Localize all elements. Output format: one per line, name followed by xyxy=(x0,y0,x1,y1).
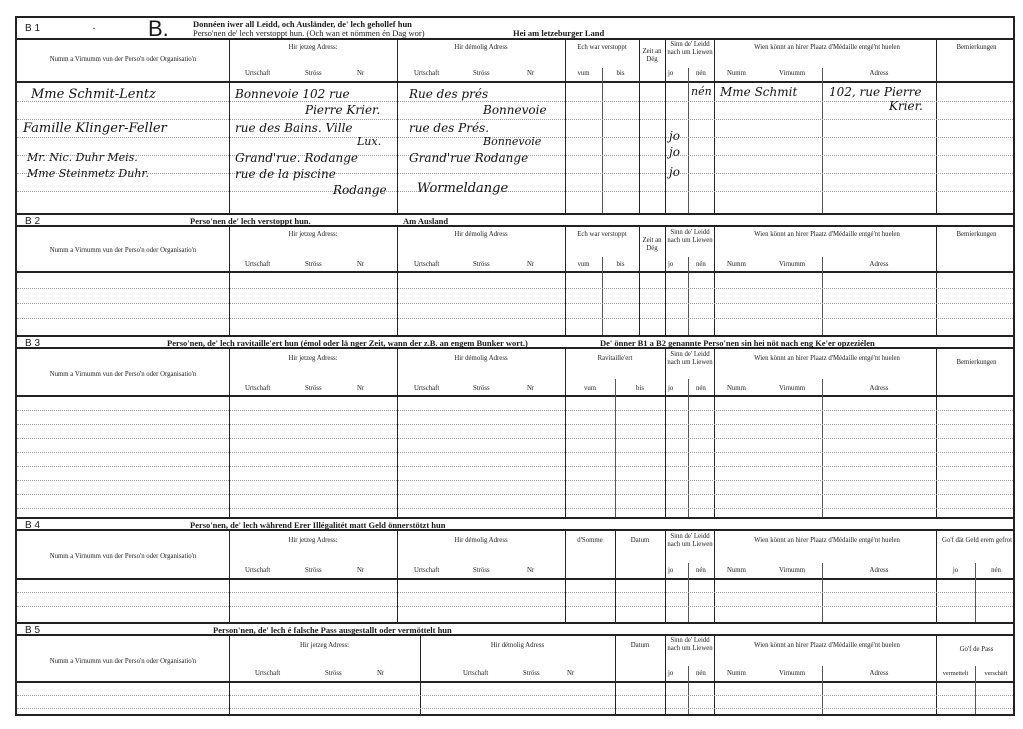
header-place: Urtschaft xyxy=(245,385,270,393)
header-place: Urtschaft xyxy=(245,261,270,269)
entry-current-address: rue des Bains. Ville xyxy=(235,121,353,135)
entry-current-address-2: Pierre Krier. xyxy=(305,103,380,117)
header-no: nén xyxy=(696,670,706,678)
header-date: Datum xyxy=(615,537,665,545)
header-street: Ströss xyxy=(305,385,322,393)
header-firstname: Virnumm xyxy=(779,670,805,678)
section-b1-title-suffix: Hei am letzeburger Land xyxy=(513,28,604,38)
header-place: Urtschaft xyxy=(245,567,270,575)
header-alive: Sinn de' Leidd nach um Liewen xyxy=(667,351,713,367)
header-name: Numm a Virnumm vun der Perso'n oder Orga… xyxy=(17,553,229,561)
section-b3-title-suffix: De' önner B1 a B2 genannte Perso'nen sin… xyxy=(600,338,875,348)
header-no: nén xyxy=(975,567,1017,575)
header-yes: jo xyxy=(668,261,673,269)
header-surname: Numm xyxy=(727,670,746,678)
header-from: vum xyxy=(565,70,602,78)
header-place: Urtschaft xyxy=(245,70,270,78)
section-b1-body: Mme Schmit-Lentz Famille Klinger-Feller … xyxy=(17,83,1013,213)
section-b3-title: Perso'nen, de' lech ravitaille'ert hun (… xyxy=(167,338,528,348)
header-number: Nr xyxy=(357,261,364,269)
header-to: bis xyxy=(602,261,639,269)
header-street: Ströss xyxy=(305,261,322,269)
header-number: Nr xyxy=(357,70,364,78)
entry-current-address: Bonnevoie 102 rue xyxy=(235,87,350,101)
header-no: nén xyxy=(696,70,706,78)
section-b5-id: B 5 xyxy=(25,625,40,636)
header-surname: Numm xyxy=(727,385,746,393)
header-number: Nr xyxy=(357,567,364,575)
entry-alive: nén xyxy=(691,85,712,98)
entry-current-address: rue de la piscine xyxy=(235,167,336,181)
header-name: Numm a Virnumm vun der Perso'n oder Orga… xyxy=(17,371,229,379)
entry-former-address-2: Bonnevoie xyxy=(483,103,547,117)
header-no: nén xyxy=(696,261,706,269)
header-medal: Wien könnt an hirer Plaatz d'Médaille en… xyxy=(737,537,917,545)
entry-alive: jo xyxy=(669,129,680,143)
header-yes: jo xyxy=(668,70,673,78)
entry-name: Mr. Nic. Duhr Meis. xyxy=(27,151,138,164)
section-b2-header: Numm a Virnumm vun der Perso'n oder Orga… xyxy=(17,227,1013,273)
form-letter: B. xyxy=(148,16,169,42)
entry-current-address: Grand'rue. Rodange xyxy=(235,151,358,165)
header-current-address: Hir jetzeg Adress: xyxy=(229,537,397,545)
section-b4-id: B 4 xyxy=(25,520,40,531)
header-former-address: Hir démolig Adress xyxy=(397,537,565,545)
section-b3-bar: B 3 Perso'nen, de' lech ravitaille'ert h… xyxy=(17,335,1013,349)
header-address: Adress xyxy=(822,670,936,678)
section-b5-title: Person'nen, de' lech é falsche Pass ausg… xyxy=(213,625,452,635)
entry-former-address: Grand'rue Rodange xyxy=(409,151,528,165)
header-number: Nr xyxy=(527,261,534,269)
header-former-address: Hir démolig Adress xyxy=(397,231,565,239)
header-number: Nr xyxy=(357,385,364,393)
header-alive: Sinn de' Leidd nach um Liewen xyxy=(667,533,713,549)
header-no: nén xyxy=(696,567,706,575)
entry-name: Mme Steinmetz Duhr. xyxy=(27,167,149,180)
header-address: Adress xyxy=(822,261,936,269)
header-former-address: Hir démolig Adress xyxy=(397,355,565,363)
header-firstname: Virnumm xyxy=(779,70,805,78)
entry-current-address-2: Lux. xyxy=(357,135,381,148)
header-street: Ströss xyxy=(473,385,490,393)
header-firstname: Virnumm xyxy=(779,261,805,269)
header-firstname: Virnumm xyxy=(779,385,805,393)
header-yes: jo xyxy=(668,567,673,575)
header-yes: jo xyxy=(668,385,673,393)
header-no: nén xyxy=(696,385,706,393)
entry-former-address: rue des Prés. xyxy=(409,121,489,135)
header-to: bis xyxy=(602,70,639,78)
entry-former-address: Rue des prés xyxy=(409,87,488,101)
header-alive: Sinn de' Leidd nach um Liewen xyxy=(667,637,713,653)
header-current-address: Hir jetzeg Adress: xyxy=(229,231,397,239)
entry-current-address-2: Rodange xyxy=(333,183,387,197)
section-b2-body xyxy=(17,273,1013,335)
form-sheet: B 1 · B. Donnéen iwer all Leidd, och Aus… xyxy=(15,16,1015,716)
entry-name: Famille Klinger-Feller xyxy=(23,121,167,136)
header-surname: Numm xyxy=(727,261,746,269)
header-time-days: Zeit an Dég xyxy=(640,237,664,252)
header-street: Ströss xyxy=(305,70,322,78)
header-name: Numm a Virnumm vun der Perso'n oder Orga… xyxy=(17,247,229,255)
header-money-refund: Go'f dät Geld erem gefrot xyxy=(939,537,1015,545)
header-street: Ströss xyxy=(473,70,490,78)
entry-former-address-2: Bonnevoie xyxy=(483,135,541,148)
header-current-address: Hir jetzeg Adress: xyxy=(229,355,397,363)
header-time-days: Zeit an Dég xyxy=(640,48,664,63)
header-remarks: Bemierkungen xyxy=(936,44,1017,52)
header-medal: Wien könnt an hirer Plaatz d'Médaille en… xyxy=(737,231,917,239)
header-name: Numm a Virnumm vun der Perso'n oder Orga… xyxy=(17,658,229,666)
section-b3-id: B 3 xyxy=(25,338,40,349)
header-medal: Wien könnt an hirer Plaatz d'Médaille en… xyxy=(737,642,917,650)
section-b2-title-suffix: Am Ausland xyxy=(403,216,448,226)
entry-name: Mme Schmit-Lentz xyxy=(31,87,156,102)
header-street: Ströss xyxy=(523,670,540,678)
entry-medal-name: Mme Schmit xyxy=(720,85,797,99)
section-b4-title: Perso'nen, de' lech während Erer Illégal… xyxy=(190,520,445,530)
section-b5-header: Numm a Virnumm vun der Perso'n oder Orga… xyxy=(17,636,1013,683)
header-medal: Wien könnt an hirer Plaatz d'Médaille en… xyxy=(737,355,917,363)
header-place: Urtschaft xyxy=(414,261,439,269)
header-street: Ströss xyxy=(325,670,342,678)
header-former-address: Hir démolig Adress xyxy=(420,642,615,650)
header-mediated: vermettelt xyxy=(936,670,975,678)
header-alive: Sinn de' Leidd nach um Liewen xyxy=(667,229,713,245)
section-b1-bar: B 1 · B. Donnéen iwer all Leidd, och Aus… xyxy=(17,18,1013,40)
section-b2-bar: B 2 Perso'nen de' lech verstoppt hun. Am… xyxy=(17,213,1013,227)
header-former-address: Hir démolig Adress xyxy=(397,44,565,52)
header-current-address: Hir jetzeg Adress: xyxy=(229,642,420,650)
header-surname: Numm xyxy=(727,70,746,78)
header-place: Urtschaft xyxy=(255,670,280,678)
header-street: Ströss xyxy=(305,567,322,575)
header-procured: verschäft xyxy=(975,670,1017,678)
header-street: Ströss xyxy=(473,567,490,575)
header-firstname: Virnumm xyxy=(779,567,805,575)
header-number: Nr xyxy=(527,567,534,575)
header-place: Urtschaft xyxy=(414,567,439,575)
header-place: Urtschaft xyxy=(414,70,439,78)
header-number: Nr xyxy=(567,670,574,678)
section-b5-body xyxy=(17,683,1013,714)
entry-alive: jo xyxy=(669,145,680,159)
header-alive: Sinn de' Leidd nach um Liewen xyxy=(667,41,713,57)
section-b4-body xyxy=(17,580,1013,622)
header-remarks: Bemierkungen xyxy=(936,231,1017,239)
header-from: vum xyxy=(565,261,602,269)
section-b3-header: Numm a Virnumm vun der Perso'n oder Orga… xyxy=(17,349,1013,397)
section-b4-bar: B 4 Perso'nen, de' lech während Erer Ill… xyxy=(17,517,1013,531)
entry-medal-address: 102, rue Pierre xyxy=(829,85,922,99)
header-hidden: Ech war verstoppt xyxy=(565,231,639,239)
header-date: Datum xyxy=(615,642,665,650)
dot-mark: · xyxy=(92,21,96,36)
section-b1-header: Numm a Virnumm vun der Perso'n oder Orga… xyxy=(17,40,1013,83)
header-number: Nr xyxy=(377,670,384,678)
header-number: Nr xyxy=(527,385,534,393)
header-place: Urtschaft xyxy=(463,670,488,678)
header-current-address: Hir jetzeg Adress: xyxy=(229,44,397,52)
section-b3-body xyxy=(17,397,1013,517)
entry-medal-address-2: Krier. xyxy=(889,99,923,113)
header-from: vum xyxy=(565,385,615,393)
header-remarks: Bemierkungen xyxy=(936,359,1017,367)
header-street: Ströss xyxy=(473,261,490,269)
header-to: bis xyxy=(615,385,665,393)
header-pass-given: Go'f de Pass xyxy=(936,646,1017,654)
header-address: Adress xyxy=(822,70,936,78)
entry-former-address: Wormeldange xyxy=(417,181,508,196)
header-medal: Wien könnt an hirer Plaatz d'Médaille en… xyxy=(737,44,917,52)
section-b1-title-2: Perso'nen de' lech verstoppt hun. (Och w… xyxy=(193,28,425,38)
header-address: Adress xyxy=(822,385,936,393)
header-name: Numm a Virnumm vun der Perso'n oder Orga… xyxy=(17,56,229,64)
section-b2-id: B 2 xyxy=(25,216,40,227)
header-sum: d'Somme xyxy=(565,537,615,545)
header-hidden: Ech war verstoppt xyxy=(565,44,639,52)
section-b1-id: B 1 xyxy=(25,23,40,34)
header-place: Urtschaft xyxy=(414,385,439,393)
entry-alive: jo xyxy=(669,165,680,179)
header-yes: jo xyxy=(668,670,673,678)
header-surname: Numm xyxy=(727,567,746,575)
header-ravitaille: Ravitaille'ert xyxy=(565,355,665,363)
header-address: Adress xyxy=(822,567,936,575)
section-b2-title: Perso'nen de' lech verstoppt hun. xyxy=(190,216,311,226)
section-b5-bar: B 5 Person'nen, de' lech é falsche Pass … xyxy=(17,622,1013,636)
header-yes: jo xyxy=(936,567,975,575)
header-number: Nr xyxy=(527,70,534,78)
section-b4-header: Numm a Virnumm vun der Perso'n oder Orga… xyxy=(17,531,1013,580)
